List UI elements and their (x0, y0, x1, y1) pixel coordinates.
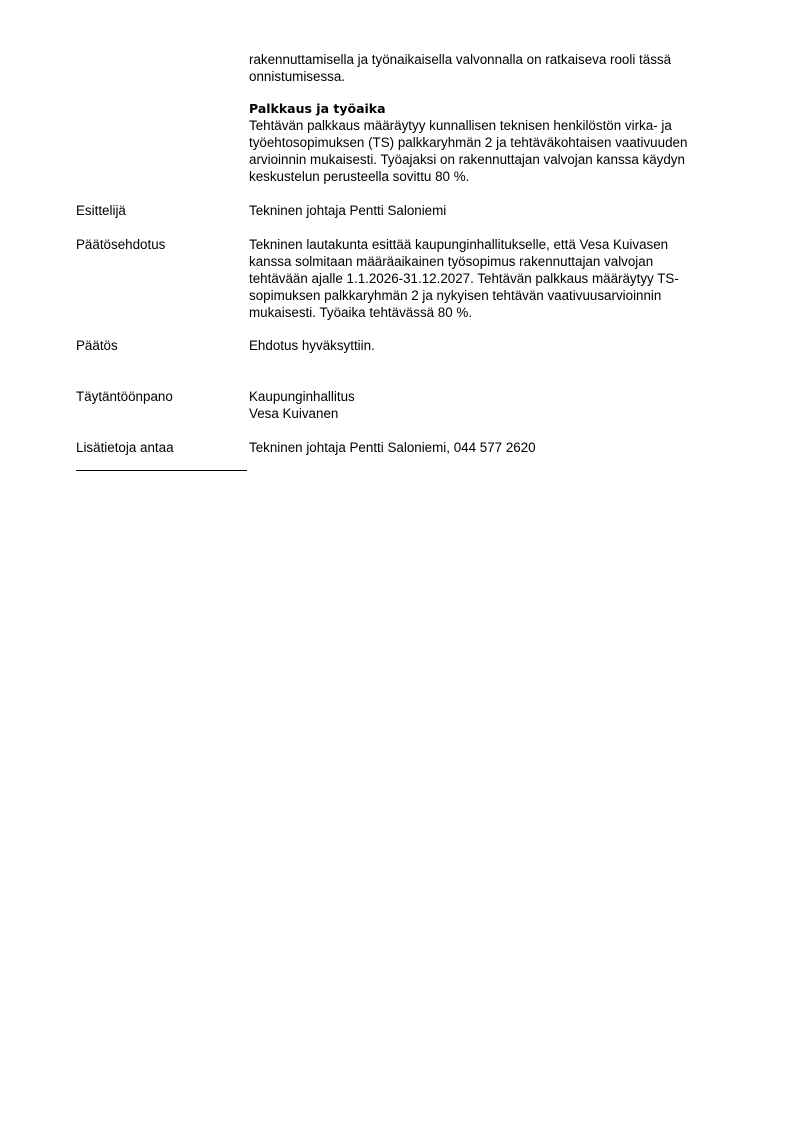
salary-paragraph: Palkkaus ja työaika Tehtävän palkkaus mä… (249, 100, 736, 185)
field-value: Tekninen johtaja Pentti Saloniemi, 044 5… (249, 439, 736, 456)
text-line: Tekninen johtaja Pentti Saloniemi (249, 202, 736, 219)
text-line: rakennuttamisella ja työnaikaisella valv… (249, 51, 736, 68)
field-label: Esittelijä (76, 202, 246, 219)
text-line: keskustelun perusteella sovittu 80 %. (249, 168, 736, 185)
intro-paragraph: rakennuttamisella ja työnaikaisella valv… (249, 51, 736, 85)
text-line: Tehtävän palkkaus määräytyy kunnallisen … (249, 117, 736, 134)
text-line: Ehdotus hyväksyttiin. (249, 337, 736, 354)
text-line: mukaisesti. Työaika tehtävässä 80 %. (249, 304, 736, 321)
field-label: Täytäntöönpano (76, 388, 246, 405)
text-line: kanssa solmitaan määräaikainen työsopimu… (249, 253, 736, 270)
text-line: Kaupunginhallitus (249, 388, 736, 405)
separator-line (76, 470, 247, 471)
field-value: Tekninen johtaja Pentti Saloniemi (249, 202, 736, 219)
field-label: Päätösehdotus (76, 236, 246, 253)
text-line: tehtävään ajalle 1.1.2026-31.12.2027. Te… (249, 270, 736, 287)
field-value: Ehdotus hyväksyttiin. (249, 337, 736, 354)
section-heading: Palkkaus ja työaika (249, 100, 736, 117)
text-line: Tekninen lautakunta esittää kaupunginhal… (249, 236, 736, 253)
field-label: Päätös (76, 337, 246, 354)
text-line: sopimuksen palkkaryhmän 2 ja nykyisen te… (249, 287, 736, 304)
text-line: arvioinnin mukaisesti. Työajaksi on rake… (249, 151, 736, 168)
field-label: Lisätietoja antaa (76, 439, 246, 456)
field-value: Tekninen lautakunta esittää kaupunginhal… (249, 236, 736, 321)
text-line: Tekninen johtaja Pentti Saloniemi, 044 5… (249, 439, 736, 456)
field-value: Kaupunginhallitus Vesa Kuivanen (249, 388, 736, 422)
text-line: onnistumisessa. (249, 68, 736, 85)
text-line: työehtosopimuksen (TS) palkkaryhmän 2 ja… (249, 134, 736, 151)
text-line: Vesa Kuivanen (249, 405, 736, 422)
